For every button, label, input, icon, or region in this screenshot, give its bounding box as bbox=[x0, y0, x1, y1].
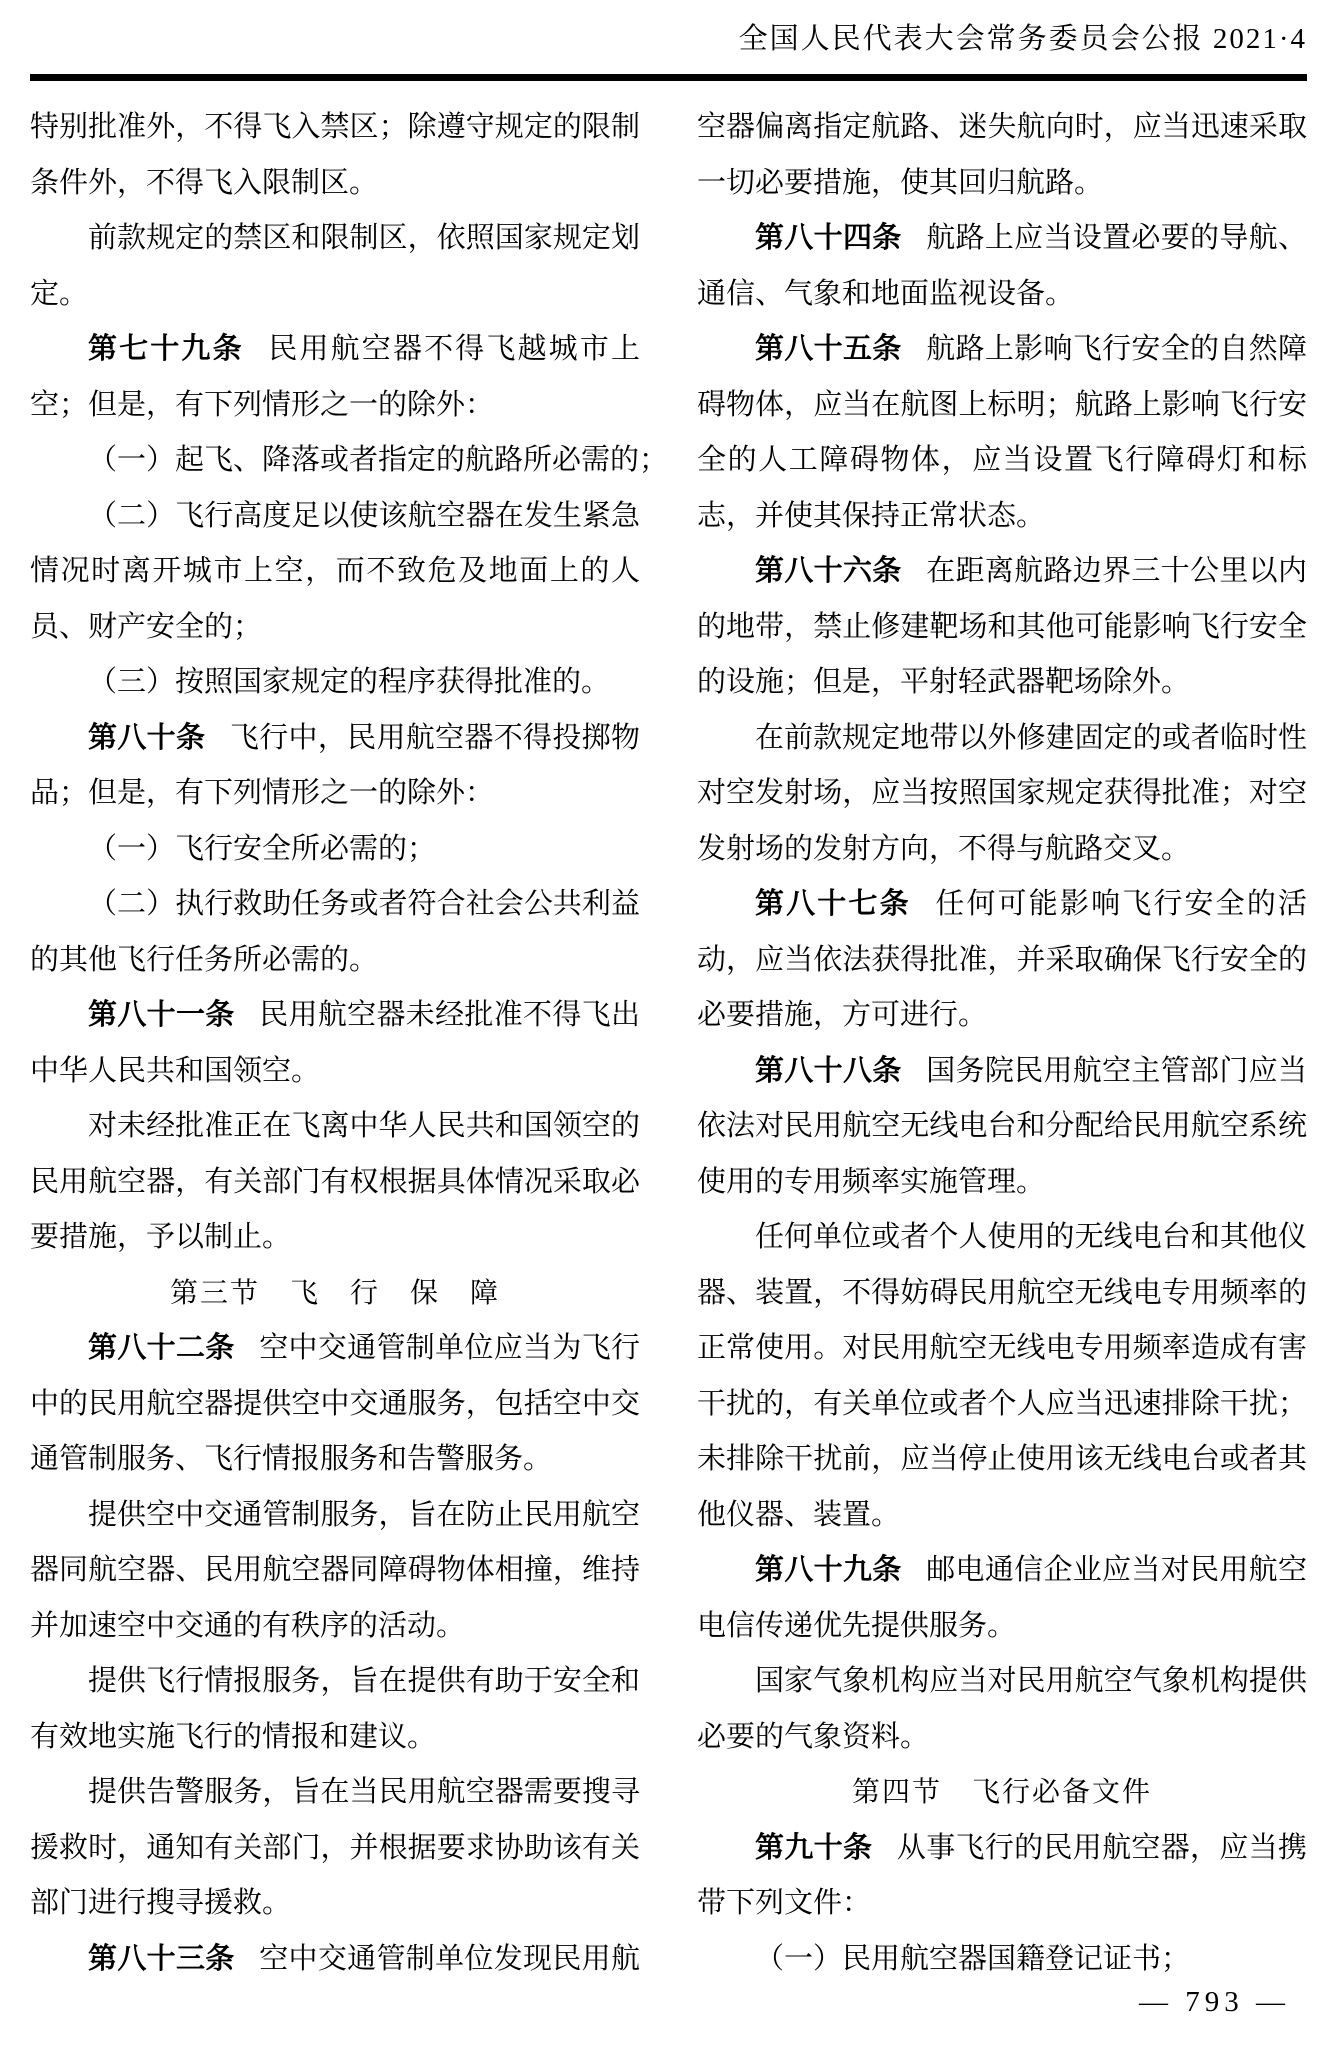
article-number: 第七十九条 bbox=[88, 333, 244, 365]
page-header: 全国人民代表大会常务委员会公报 2021·4 bbox=[739, 16, 1307, 57]
text-line: 空；但是，有下列情形之一的除外： bbox=[30, 378, 640, 434]
left-column: 特别批准外，不得飞入禁区；除遵守规定的限制条件外，不得飞入限制区。前款规定的禁区… bbox=[30, 100, 640, 1987]
text-line: 必要的气象资料。 bbox=[697, 1710, 1307, 1766]
text-line: （三）按照国家规定的程序获得批准的。 bbox=[30, 655, 640, 711]
text-line: 的设施；但是，平射轻武器靶场除外。 bbox=[697, 655, 1307, 711]
text-line: （一）飞行安全所必需的； bbox=[30, 822, 640, 878]
text-line: 第八十一条民用航空器未经批准不得飞出 bbox=[30, 988, 640, 1044]
text-line: 第七十九条民用航空器不得飞越城市上 bbox=[30, 322, 640, 378]
text-line: 发射场的发射方向，不得与航路交叉。 bbox=[697, 822, 1307, 878]
article-number: 第八十三条 bbox=[88, 1943, 235, 1975]
text-line: 通管制服务、飞行情报服务和告警服务。 bbox=[30, 1432, 640, 1488]
text-line: 定。 bbox=[30, 267, 640, 323]
text-line: 第八十二条空中交通管制单位应当为飞行 bbox=[30, 1321, 640, 1377]
text-line: 动，应当依法获得批准，并采取确保飞行安全的 bbox=[697, 933, 1307, 989]
text-line: 第八十六条在距离航路边界三十公里以内 bbox=[697, 544, 1307, 600]
text-line: 带下列文件： bbox=[697, 1876, 1307, 1932]
text-line: 志，并使其保持正常状态。 bbox=[697, 489, 1307, 545]
text-line: 正常使用。对民用航空无线电专用频率造成有害 bbox=[697, 1321, 1307, 1377]
text-line: 的其他飞行任务所必需的。 bbox=[30, 933, 640, 989]
text-line: 第九十条从事飞行的民用航空器，应当携 bbox=[697, 1821, 1307, 1877]
section-heading: 第四节 飞行必备文件 bbox=[697, 1765, 1307, 1821]
article-number: 第八十六条 bbox=[755, 555, 902, 587]
text-line: 使用的专用频率实施管理。 bbox=[697, 1155, 1307, 1211]
text-line: 第八十九条邮电通信企业应当对民用航空 bbox=[697, 1543, 1307, 1599]
text-line: 全的人工障碍物体，应当设置飞行障碍灯和标 bbox=[697, 433, 1307, 489]
text-line: 第八十八条国务院民用航空主管部门应当 bbox=[697, 1044, 1307, 1100]
text-line: 有效地实施飞行的情报和建议。 bbox=[30, 1710, 640, 1766]
article-number: 第八十条 bbox=[88, 722, 205, 754]
text-line: 前款规定的禁区和限制区，依照国家规定划 bbox=[30, 211, 640, 267]
right-column: 空器偏离指定航路、迷失航向时，应当迅速采取一切必要措施，使其回归航路。第八十四条… bbox=[697, 100, 1307, 1987]
text-line: 第八十五条航路上影响飞行安全的自然障 bbox=[697, 322, 1307, 378]
article-number: 第九十条 bbox=[755, 1832, 872, 1864]
text-line: 第八十三条空中交通管制单位发现民用航 bbox=[30, 1932, 640, 1988]
text-line: 碍物体，应当在航图上标明；航路上影响飞行安 bbox=[697, 378, 1307, 434]
article-number: 第八十五条 bbox=[755, 333, 902, 365]
article-number: 第八十九条 bbox=[755, 1554, 902, 1586]
text-line: 一切必要措施，使其回归航路。 bbox=[697, 156, 1307, 212]
text-line: 特别批准外，不得飞入禁区；除遵守规定的限制 bbox=[30, 100, 640, 156]
text-line: 部门进行搜寻援救。 bbox=[30, 1876, 640, 1932]
text-line: 提供空中交通管制服务，旨在防止民用航空 bbox=[30, 1488, 640, 1544]
page-number: — 793 — bbox=[1139, 1986, 1290, 2019]
text-line: 干扰的，有关单位或者个人应当迅速排除干扰； bbox=[697, 1377, 1307, 1433]
text-line: 通信、气象和地面监视设备。 bbox=[697, 267, 1307, 323]
text-line: （一）起飞、降落或者指定的航路所必需的； bbox=[30, 433, 640, 489]
text-line: 器、装置，不得妨碍民用航空无线电专用频率的 bbox=[697, 1266, 1307, 1322]
text-line: （二）飞行高度足以使该航空器在发生紧急 bbox=[30, 489, 640, 545]
article-number: 第八十一条 bbox=[88, 999, 235, 1031]
section-heading: 第三节 飞 行 保 障 bbox=[30, 1266, 640, 1322]
text-line: 品；但是，有下列情形之一的除外： bbox=[30, 766, 640, 822]
text-line: 依法对民用航空无线电台和分配给民用航空系统 bbox=[697, 1099, 1307, 1155]
text-line: （二）执行救助任务或者符合社会公共利益 bbox=[30, 877, 640, 933]
text-line: 任何单位或者个人使用的无线电台和其他仪 bbox=[697, 1210, 1307, 1266]
article-number: 第八十七条 bbox=[755, 888, 911, 920]
text-line: 空器偏离指定航路、迷失航向时，应当迅速采取 bbox=[697, 100, 1307, 156]
text-line: 必要措施，方可进行。 bbox=[697, 988, 1307, 1044]
text-line: 中华人民共和国领空。 bbox=[30, 1044, 640, 1100]
text-line: 条件外，不得飞入限制区。 bbox=[30, 156, 640, 212]
text-line: 器同航空器、民用航空器同障碍物体相撞，维持 bbox=[30, 1543, 640, 1599]
article-number: 第八十四条 bbox=[755, 222, 902, 254]
text-line: 对未经批准正在飞离中华人民共和国领空的 bbox=[30, 1099, 640, 1155]
text-line: 在前款规定地带以外修建固定的或者临时性 bbox=[697, 711, 1307, 767]
text-line: 要措施，予以制止。 bbox=[30, 1210, 640, 1266]
text-line: 第八十条飞行中，民用航空器不得投掷物 bbox=[30, 711, 640, 767]
text-line: 的地带，禁止修建靶场和其他可能影响飞行安全 bbox=[697, 600, 1307, 656]
text-line: 民用航空器，有关部门有权根据具体情况采取必 bbox=[30, 1155, 640, 1211]
article-number: 第八十八条 bbox=[755, 1055, 902, 1087]
header-rule bbox=[30, 74, 1307, 81]
text-line: （一）民用航空器国籍登记证书； bbox=[697, 1932, 1307, 1988]
text-line: 提供飞行情报服务，旨在提供有助于安全和 bbox=[30, 1654, 640, 1710]
text-line: 未排除干扰前，应当停止使用该无线电台或者其 bbox=[697, 1432, 1307, 1488]
text-line: 他仪器、装置。 bbox=[697, 1488, 1307, 1544]
text-line: 提供告警服务，旨在当民用航空器需要搜寻 bbox=[30, 1765, 640, 1821]
text-line: 中的民用航空器提供空中交通服务，包括空中交 bbox=[30, 1377, 640, 1433]
text-line: 援救时，通知有关部门，并根据要求协助该有关 bbox=[30, 1821, 640, 1877]
text-line: 电信传递优先提供服务。 bbox=[697, 1599, 1307, 1655]
text-line: 第八十四条航路上应当设置必要的导航、 bbox=[697, 211, 1307, 267]
text-line: 国家气象机构应当对民用航空气象机构提供 bbox=[697, 1654, 1307, 1710]
text-line: 并加速空中交通的有秩序的活动。 bbox=[30, 1599, 640, 1655]
text-line: 对空发射场，应当按照国家规定获得批准；对空 bbox=[697, 766, 1307, 822]
article-number: 第八十二条 bbox=[88, 1332, 235, 1364]
text-line: 员、财产安全的； bbox=[30, 600, 640, 656]
text-line: 第八十七条任何可能影响飞行安全的活 bbox=[697, 877, 1307, 933]
text-line: 情况时离开城市上空，而不致危及地面上的人 bbox=[30, 544, 640, 600]
